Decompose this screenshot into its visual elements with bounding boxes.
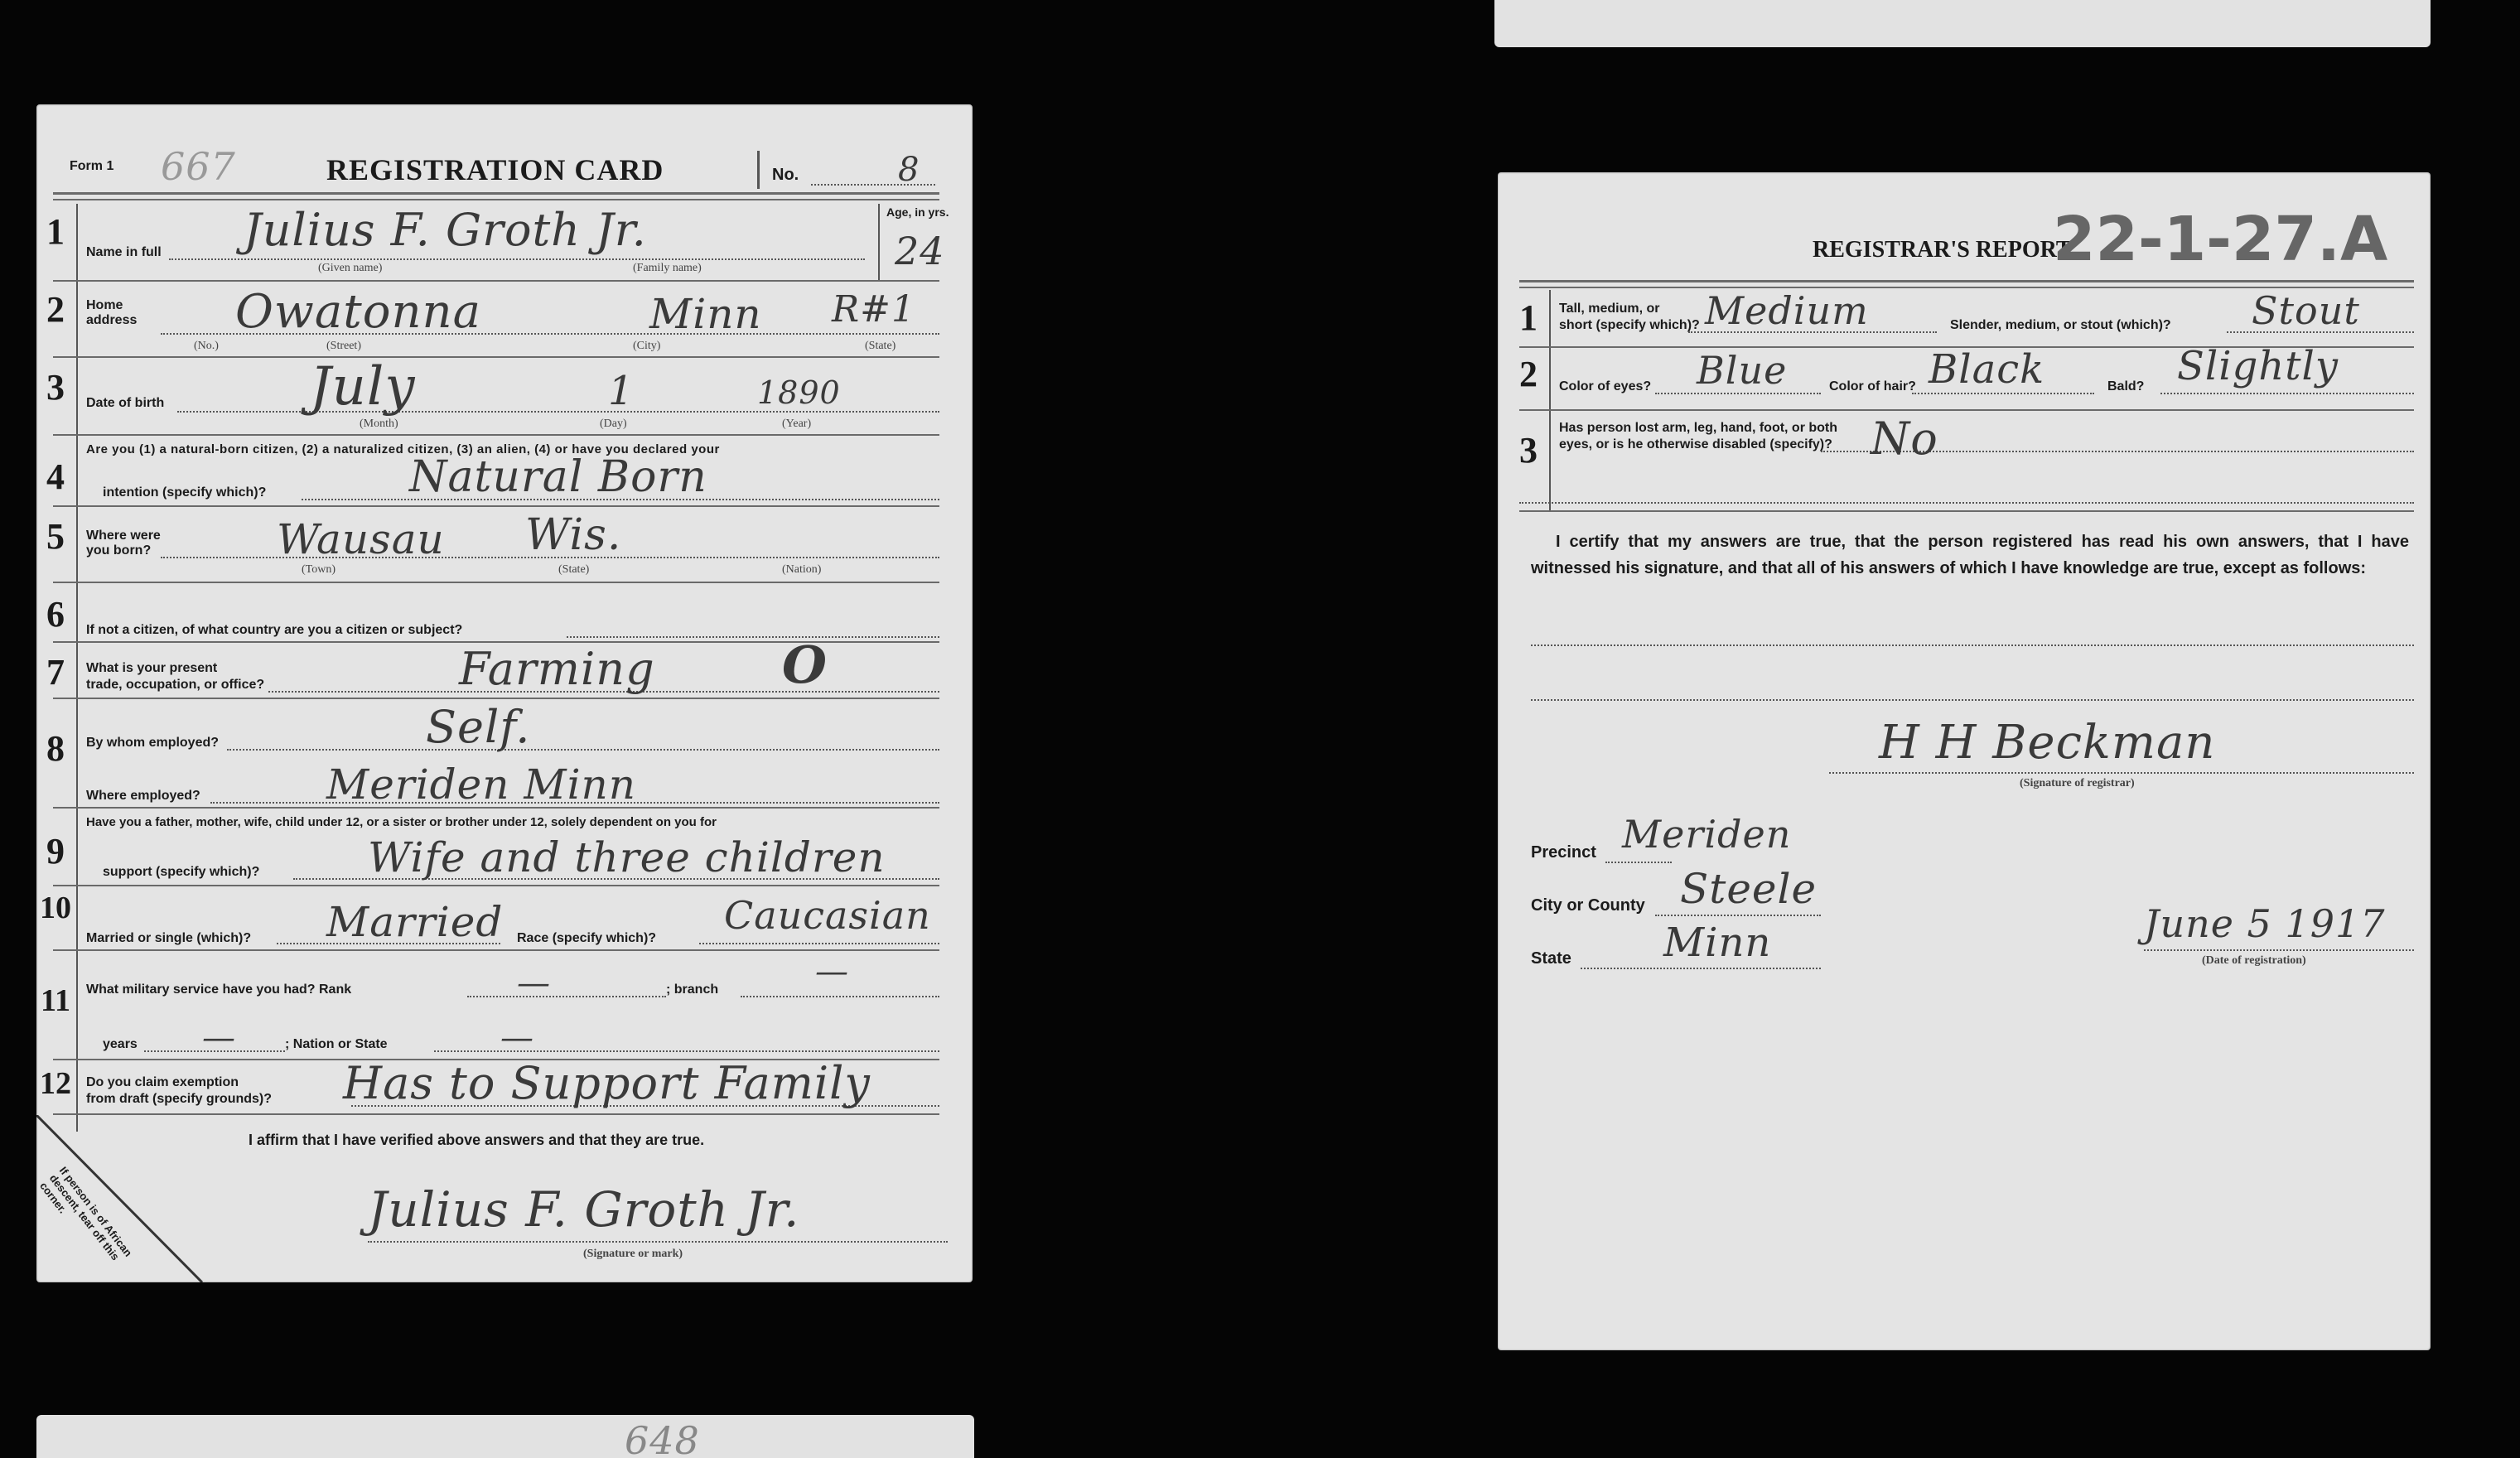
- certification-text: I certify that my answers are true, that…: [1531, 529, 2409, 582]
- marital-value: Married: [326, 898, 503, 946]
- disability-line-2: [1519, 502, 2414, 504]
- disability-question-2: eyes, or is he otherwise disabled (speci…: [1559, 437, 1832, 452]
- row-rule: [53, 698, 939, 699]
- row-rule: [53, 885, 939, 886]
- row-rule: [53, 582, 939, 583]
- height-value: Medium: [1705, 288, 1869, 333]
- race-label: Race (specify which)?: [517, 931, 656, 946]
- citizenship-question-2: intention (specify which)?: [103, 485, 266, 500]
- report-row-number-3: 3: [1509, 429, 1547, 471]
- occupation-label-2: trade, occupation, or office?: [86, 678, 264, 693]
- height-label-1: Tall, medium, or: [1559, 302, 1660, 316]
- eye-color-line: [1655, 393, 1821, 394]
- citizen-of-line: [567, 636, 939, 638]
- report-row-number-1: 1: [1509, 297, 1547, 339]
- dependents-value: Wife and three children: [368, 833, 886, 881]
- precinct-line: [1605, 862, 1672, 863]
- work-location-label: Where employed?: [86, 789, 200, 804]
- row-rule: [53, 280, 939, 282]
- signature-caption: (Signature or mark): [583, 1248, 683, 1261]
- affirmation-text: I affirm that I have verified above answ…: [249, 1132, 704, 1149]
- occupation-value: Farming: [459, 643, 655, 695]
- exemption-label-2: from draft (specify grounds)?: [86, 1092, 272, 1107]
- citizenship-value: Natural Born: [409, 452, 707, 502]
- birthplace-label-2: you born?: [86, 543, 151, 558]
- occupation-mark: O: [782, 635, 828, 695]
- exemption-value: Has to Support Family: [343, 1057, 871, 1109]
- row-number-5: 5: [36, 515, 75, 558]
- height-label-2: short (specify which)?: [1559, 318, 1700, 333]
- race-value: Caucasian: [724, 893, 931, 938]
- dob-line: [177, 411, 939, 413]
- date-line: [2144, 949, 2414, 951]
- header-rule: [1519, 280, 2414, 282]
- eye-color-value: Blue: [1697, 348, 1787, 393]
- military-rank-value: —: [517, 964, 551, 1002]
- caption-year: (Year): [782, 418, 811, 431]
- caption-state: (State): [865, 340, 896, 353]
- employer-label: By whom employed?: [86, 736, 219, 751]
- row-number-6: 6: [36, 593, 75, 635]
- age-label: Age, in yrs.: [886, 205, 949, 219]
- military-nation-label: ; Nation or State: [285, 1037, 388, 1052]
- caption-family-name: (Family name): [633, 262, 702, 275]
- registrar-caption: (Signature of registrar): [2020, 777, 2135, 790]
- row-number-divider-3: [1549, 411, 1551, 510]
- previous-card-partial: [1494, 0, 2431, 47]
- hair-color-label: Color of hair?: [1829, 379, 1916, 394]
- employer-value: Self.: [426, 701, 530, 753]
- occupation-label-1: What is your present: [86, 661, 217, 676]
- build-label: Slender, medium, or stout (which)?: [1950, 318, 2171, 333]
- row-rule: [53, 356, 939, 358]
- registrar-signature-line: [1829, 772, 2414, 774]
- bald-line: [2160, 393, 2414, 394]
- row-number-12: 12: [36, 1065, 75, 1102]
- caption-no: (No.): [194, 340, 219, 353]
- row-number-3: 3: [36, 366, 75, 408]
- row-rule: [1519, 510, 2414, 512]
- row-number-1: 1: [36, 210, 75, 253]
- card-title: REGISTRATION CARD: [326, 152, 664, 187]
- serial-number-handwritten: 667: [161, 144, 236, 189]
- employer-line: [227, 749, 939, 751]
- registrar-signature: H H Beckman: [1879, 716, 2215, 770]
- form-label: Form 1: [70, 159, 113, 174]
- exemption-label-1: Do you claim exemption: [86, 1075, 239, 1090]
- serial-stamp: 22-1-27.A: [2053, 204, 2387, 275]
- military-years-label: years: [103, 1037, 138, 1052]
- caption-day: (Day): [600, 418, 627, 431]
- address-street-value: Owatonna: [235, 285, 481, 339]
- work-location-value: Meriden Minn: [326, 760, 636, 809]
- bald-label: Bald?: [2107, 379, 2144, 394]
- disability-value: No: [1871, 413, 1938, 465]
- dob-month: July: [310, 356, 416, 418]
- signature-line: [368, 1241, 948, 1243]
- date-caption: (Date of registration): [2202, 954, 2306, 968]
- row-number-8: 8: [36, 727, 75, 770]
- branch-line: [741, 996, 939, 997]
- row-rule: [53, 949, 939, 951]
- header-rule-2: [53, 199, 939, 200]
- registrars-report-card: REGISTRAR'S REPORT 22-1-27.A 1 Tall, med…: [1498, 172, 2431, 1350]
- military-years-value: —: [202, 1019, 236, 1057]
- birthplace-label-1: Where were: [86, 529, 161, 543]
- state-label: State: [1531, 949, 1571, 968]
- row-rule: [53, 807, 939, 809]
- exceptions-line-1: [1531, 645, 2414, 646]
- county-value: Steele: [1680, 865, 1817, 913]
- citizen-of-label: If not a citizen, of what country are yo…: [86, 623, 462, 638]
- age-value: 24: [895, 229, 945, 273]
- county-label: City or County: [1531, 896, 1645, 915]
- state-line: [1581, 968, 1821, 969]
- military-branch-value: —: [815, 953, 849, 991]
- rank-line: [467, 996, 666, 997]
- caption-nation: (Nation): [782, 563, 821, 577]
- caption-state: (State): [558, 563, 589, 577]
- next-card-serial: 648: [625, 1418, 700, 1458]
- row-number-11: 11: [36, 982, 75, 1019]
- name-value: Julius F. Groth Jr.: [244, 204, 647, 256]
- exceptions-line-2: [1531, 699, 2414, 701]
- report-row-number-2: 2: [1509, 353, 1547, 395]
- dob-day: 1: [608, 368, 635, 414]
- marital-label: Married or single (which)?: [86, 931, 251, 946]
- title-divider: [757, 151, 760, 189]
- row-number-divider: [76, 204, 78, 1132]
- dependents-question-2: support (specify which)?: [103, 865, 259, 880]
- state-value: Minn: [1663, 920, 1771, 966]
- home-address-label-1: Home: [86, 298, 123, 313]
- race-line: [699, 943, 939, 944]
- hair-color-line: [1912, 393, 2094, 394]
- military-rank-label: What military service have you had? Rank: [86, 982, 351, 997]
- home-address-label-2: address: [86, 313, 137, 328]
- registrant-signature: Julius F. Groth Jr.: [368, 1181, 799, 1238]
- next-card-partial: 648: [36, 1415, 974, 1458]
- hair-color-value: Black: [1929, 346, 2044, 393]
- military-nation-value: —: [500, 1019, 534, 1057]
- address-state-value: R#1: [832, 288, 915, 331]
- caption-given-name: (Given name): [318, 262, 382, 275]
- military-branch-label: ; branch: [666, 982, 718, 997]
- row-number-2: 2: [36, 288, 75, 331]
- header-rule: [53, 192, 939, 195]
- caption-month: (Month): [360, 418, 398, 431]
- precinct-label: Precinct: [1531, 843, 1596, 862]
- dependents-question-1: Have you a father, mother, wife, child u…: [86, 815, 717, 829]
- row-number-10: 10: [36, 890, 75, 926]
- dob-label: Date of birth: [86, 396, 164, 411]
- caption-city: (City): [633, 340, 660, 353]
- row-rule: [53, 505, 939, 507]
- county-line: [1655, 915, 1821, 916]
- row-number-7: 7: [36, 651, 75, 693]
- row-rule: [53, 434, 939, 436]
- dob-year: 1890: [757, 374, 841, 411]
- precinct-value: Meriden: [1622, 812, 1791, 857]
- age-divider: [878, 204, 880, 282]
- registration-card: 667 Form 1 REGISTRATION CARD No. 8 1 Nam…: [36, 104, 973, 1282]
- birthplace-town: Wausau: [277, 515, 445, 563]
- build-value: Stout: [2252, 288, 2360, 333]
- address-city-value: Minn: [649, 290, 762, 338]
- disability-question-1: Has person lost arm, leg, hand, foot, or…: [1559, 421, 1837, 436]
- row-rule: [1519, 409, 2414, 411]
- birthplace-state: Wis.: [525, 510, 621, 560]
- report-title: REGISTRAR'S REPORT: [1813, 237, 2072, 263]
- eye-color-label: Color of eyes?: [1559, 379, 1651, 394]
- name-line: [169, 258, 865, 260]
- caption-town: (Town): [302, 563, 336, 577]
- row-number-4: 4: [36, 456, 75, 498]
- name-label: Name in full: [86, 245, 162, 260]
- caption-street: (Street): [326, 340, 361, 353]
- bald-value: Slightly: [2177, 343, 2339, 389]
- registration-date-value: June 5 1917: [2144, 901, 2386, 946]
- no-label: No.: [772, 166, 799, 185]
- row-number-9: 9: [36, 830, 75, 872]
- no-value: 8: [898, 151, 920, 189]
